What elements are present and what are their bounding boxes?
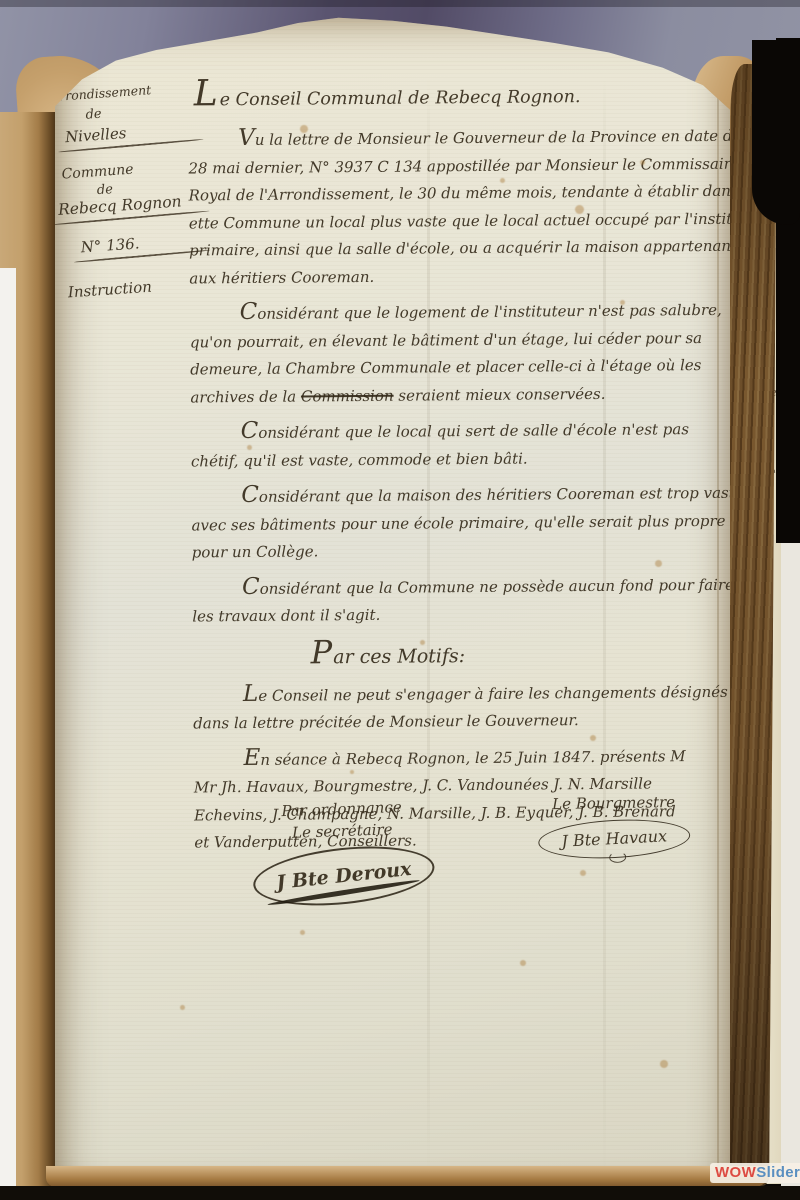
wowslider-watermark[interactable]: WOWSlider (710, 1163, 800, 1183)
foxing-spot (300, 930, 305, 935)
margin-note-line: N° 136. (80, 232, 203, 261)
struck-word: Commission (301, 386, 394, 405)
manuscript-line: Considérant que la Commune ne possède au… (192, 569, 758, 603)
secretary-signature: J Bte Deroux (250, 839, 437, 914)
foxing-spot (247, 445, 252, 450)
manuscript-line: Royal de l'Arrondissement, le 30 du même… (189, 178, 755, 210)
foxing-spot (580, 870, 586, 876)
manuscript-line: En séance à Rebecq Rognon, le 25 Juin 18… (193, 740, 759, 774)
mayor-title: Le Bourgmestre (506, 790, 720, 816)
manuscript-page: ArrondissementdeNivellesCommunedeRebecq … (55, 16, 730, 1190)
manuscript-body: Le Conseil Communal de Rebecq Rognon.Vu … (188, 72, 761, 857)
foxing-spot (350, 770, 354, 774)
manuscript-line: avec ses bâtiments pour une école primai… (191, 507, 757, 539)
manuscript-line: Considérant que le local qui sert de sal… (191, 414, 757, 448)
foxing-spot (655, 560, 662, 567)
manuscript-line: demeure, la Chambre Communale et placer … (190, 352, 756, 384)
manuscript-line: Vu la lettre de Monsieur le Gouverneur d… (188, 121, 754, 155)
manuscript-line: les travaux dont il s'agit. (192, 599, 758, 631)
foxing-spot (640, 160, 645, 165)
manuscript-line: pour un Collège. (192, 535, 758, 567)
margin-note-line: Instruction (67, 276, 206, 301)
shadow-bottom (0, 1186, 800, 1200)
manuscript-line: archives de la Commission seraient mieux… (190, 379, 756, 411)
margin-note-line: Nivelles (65, 121, 196, 151)
manuscript-line: Considérant que le logement de l'institu… (190, 295, 756, 329)
foxing-spot (500, 178, 505, 183)
dark-background-corner (752, 40, 800, 225)
photo-canvas: ')ce,luemi')la9.t,, ArrondissementdeNive… (0, 0, 800, 1200)
manuscript-line: chétif, qu'il est vaste, commode et bien… (191, 443, 757, 475)
foxing-spot (180, 1005, 185, 1010)
watermark-slider: Slider (756, 1164, 800, 1181)
watermark-wow: WOW (715, 1164, 756, 1181)
foxing-spot (520, 960, 526, 966)
margin-note-line: Rebecq Rognon (58, 193, 201, 224)
mayor-signature: J Bte Havaux (537, 816, 691, 862)
manuscript-line: aux héritiers Cooreman. (189, 260, 755, 292)
foxing-spot (575, 205, 584, 214)
manuscript-line: Considérant que la maison des héritiers … (191, 478, 757, 512)
foxing-spot (660, 1060, 668, 1068)
photo-border-left (0, 268, 16, 1190)
manuscript-line: primaire, ainsi que la salle d'école, ou… (189, 233, 755, 265)
manuscript-line: dans la lettre précitée de Monsieur le G… (193, 706, 759, 738)
foxing-spot (300, 125, 308, 133)
manuscript-line: Le Conseil ne peut s'engager à faire les… (193, 676, 759, 710)
foxing-spot (620, 300, 625, 305)
foxing-spot (590, 735, 596, 741)
secretary-signature-block: Par ordonnance Le secrétaire J Bte Derou… (241, 795, 445, 908)
manuscript-line: Le Conseil Communal de Rebecq Rognon. (194, 72, 754, 119)
mayor-signature-block: Le Bourgmestre J Bte Havaux (506, 790, 721, 860)
margin-annotations: ArrondissementdeNivellesCommunedeRebecq … (50, 81, 206, 300)
book-fore-edge (723, 64, 777, 1186)
manuscript-line: Par ces Motifs: (310, 632, 758, 673)
photo-border-right (781, 543, 800, 1188)
foxing-spot (420, 640, 425, 645)
margin-note-line: de (85, 101, 194, 122)
